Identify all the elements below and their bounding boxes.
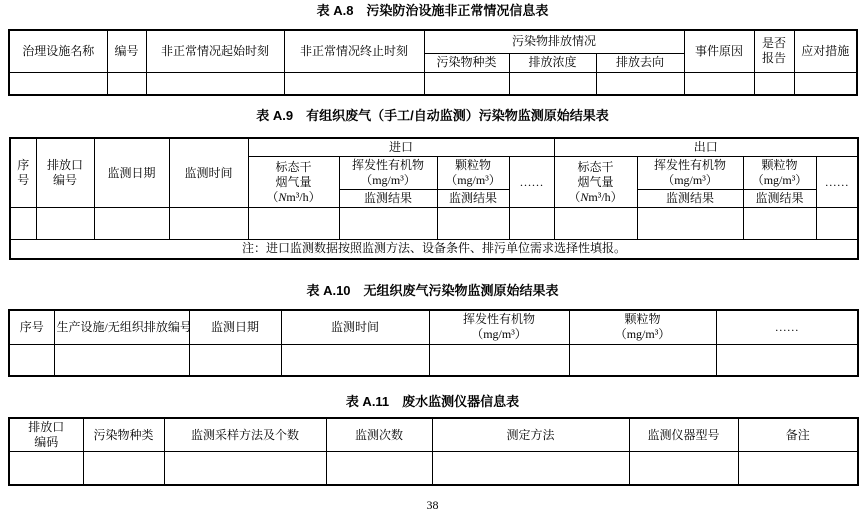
table-a10-title: 表 A.10 无组织废气污染物监测原始结果表 xyxy=(0,284,865,298)
header-inlet-more: …… xyxy=(509,157,554,208)
empty-cell xyxy=(554,208,637,240)
empty-cell xyxy=(36,208,94,240)
header-row: 排放口 编码 污染物种类 监测采样方法及个数 监测次数 测定方法 监测仪器型号 … xyxy=(9,418,858,452)
header-inlet-flue-gas: 标态干 烟气量 （Nm³/h） xyxy=(248,157,339,208)
header-group-row: 序 号 排放口 编号 监测日期 监测时间 进口 出口 xyxy=(10,138,858,157)
empty-cell xyxy=(281,344,429,376)
empty-cell xyxy=(248,208,339,240)
empty-cell xyxy=(794,72,857,95)
empty-cell xyxy=(596,72,684,95)
empty-cell xyxy=(164,452,326,485)
header-more: …… xyxy=(716,310,858,344)
empty-cell xyxy=(326,452,432,485)
header-remarks: 备注 xyxy=(738,418,858,452)
empty-cell xyxy=(424,72,509,95)
header-group-outlet: 出口 xyxy=(554,138,858,157)
empty-cell xyxy=(509,72,596,95)
empty-cell xyxy=(716,344,858,376)
header-abnormal-start: 非正常情况起始时刻 xyxy=(146,30,284,72)
header-row: 序号 生产设施/无组织排放编号 监测日期 监测时间 挥发性有机物 （mg/m³）… xyxy=(9,310,858,344)
header-monitor-date: 监测日期 xyxy=(94,138,169,208)
header-inlet-pm: 颗粒物 （mg/m³） xyxy=(437,157,509,190)
header-monitor-time: 监测时间 xyxy=(169,138,248,208)
empty-cell xyxy=(339,208,437,240)
header-voc: 挥发性有机物 （mg/m³） xyxy=(429,310,569,344)
empty-cell xyxy=(637,208,743,240)
empty-cell xyxy=(754,72,794,95)
empty-cell xyxy=(9,452,83,485)
header-inlet-voc-result: 监测结果 xyxy=(339,190,437,208)
header-event-cause: 事件原因 xyxy=(684,30,754,72)
header-index: 序 号 xyxy=(10,138,36,208)
table-a8: 治理设施名称 编号 非正常情况起始时刻 非正常情况终止时刻 污染物排放情况 事件… xyxy=(8,29,858,96)
note-row: 注：进口监测数据按照监测方法、设备条件、排污单位需求选择性填报。 xyxy=(10,240,858,259)
header-outlet-id: 排放口 编号 xyxy=(36,138,94,208)
header-inlet-voc: 挥发性有机物 （mg/m³） xyxy=(339,157,437,190)
header-discharge-destination: 排放去向 xyxy=(596,53,684,72)
empty-cell xyxy=(107,72,146,95)
empty-cell xyxy=(54,344,189,376)
table-a9: 序 号 排放口 编号 监测日期 监测时间 进口 出口 标态干 烟气量 （Nm³/… xyxy=(9,137,859,260)
header-number: 编号 xyxy=(107,30,146,72)
header-outlet-voc: 挥发性有机物 （mg/m³） xyxy=(637,157,743,190)
header-discharge-concentration: 排放浓度 xyxy=(509,53,596,72)
header-monitor-time: 监测时间 xyxy=(281,310,429,344)
flue-gas-unit: （Nm³/h） xyxy=(251,190,337,205)
header-outlet-more: …… xyxy=(816,157,858,208)
table-a10: 序号 生产设施/无组织排放编号 监测日期 监测时间 挥发性有机物 （mg/m³）… xyxy=(8,309,859,377)
header-pollutant-type: 污染物种类 xyxy=(83,418,164,452)
data-row xyxy=(9,72,857,95)
header-outlet-flue-gas: 标态干 烟气量 （Nm³/h） xyxy=(554,157,637,208)
header-source-id: 生产设施/无组织排放编号 xyxy=(54,310,189,344)
table-note: 注：进口监测数据按照监测方法、设备条件、排污单位需求选择性填报。 xyxy=(10,240,858,259)
empty-cell xyxy=(429,344,569,376)
table-a9-title: 表 A.9 有组织废气（手工/自动监测）污染物监测原始结果表 xyxy=(0,109,865,123)
header-monitor-count: 监测次数 xyxy=(326,418,432,452)
header-row: 治理设施名称 编号 非正常情况起始时刻 非正常情况终止时刻 污染物排放情况 事件… xyxy=(9,30,857,53)
empty-cell xyxy=(169,208,248,240)
empty-cell xyxy=(9,72,107,95)
data-row xyxy=(10,208,858,240)
empty-cell xyxy=(146,72,284,95)
empty-cell xyxy=(10,208,36,240)
header-abnormal-end: 非正常情况终止时刻 xyxy=(284,30,424,72)
empty-cell xyxy=(432,452,629,485)
header-outlet-code: 排放口 编码 xyxy=(9,418,83,452)
empty-cell xyxy=(738,452,858,485)
header-pm: 颗粒物 （mg/m³） xyxy=(569,310,716,344)
empty-cell xyxy=(189,344,281,376)
header-pollutant-type: 污染物种类 xyxy=(424,53,509,72)
empty-cell xyxy=(569,344,716,376)
flue-gas-unit: （Nm³/h） xyxy=(557,190,635,205)
header-response-measures: 应对措施 xyxy=(794,30,857,72)
header-inlet-pm-result: 监测结果 xyxy=(437,190,509,208)
header-group-inlet: 进口 xyxy=(248,138,554,157)
table-a11: 排放口 编码 污染物种类 监测采样方法及个数 监测次数 测定方法 监测仪器型号 … xyxy=(8,417,859,486)
empty-cell xyxy=(629,452,738,485)
data-row xyxy=(9,452,858,485)
document-page: 表 A.8 污染防治设施非正常情况信息表 治理设施名称 编号 非正常情况起始时刻… xyxy=(0,0,865,523)
empty-cell xyxy=(509,208,554,240)
header-instrument-model: 监测仪器型号 xyxy=(629,418,738,452)
header-group-pollutant-discharge: 污染物排放情况 xyxy=(424,30,684,53)
header-facility-name: 治理设施名称 xyxy=(9,30,107,72)
table-a11-title: 表 A.11 废水监测仪器信息表 xyxy=(0,395,865,409)
empty-cell xyxy=(816,208,858,240)
header-outlet-pm: 颗粒物 （mg/m³） xyxy=(743,157,816,190)
header-index: 序号 xyxy=(9,310,54,344)
header-monitor-date: 监测日期 xyxy=(189,310,281,344)
data-row xyxy=(9,344,858,376)
empty-cell xyxy=(9,344,54,376)
empty-cell xyxy=(83,452,164,485)
empty-cell xyxy=(743,208,816,240)
empty-cell xyxy=(437,208,509,240)
page-number: 38 xyxy=(0,498,865,513)
header-determination-method: 测定方法 xyxy=(432,418,629,452)
header-outlet-pm-result: 监测结果 xyxy=(743,190,816,208)
empty-cell xyxy=(284,72,424,95)
empty-cell xyxy=(94,208,169,240)
header-sampling-method: 监测采样方法及个数 xyxy=(164,418,326,452)
header-outlet-voc-result: 监测结果 xyxy=(637,190,743,208)
table-a8-title: 表 A.8 污染防治设施非正常情况信息表 xyxy=(0,4,865,18)
empty-cell xyxy=(684,72,754,95)
header-reported: 是否 报告 xyxy=(754,30,794,72)
